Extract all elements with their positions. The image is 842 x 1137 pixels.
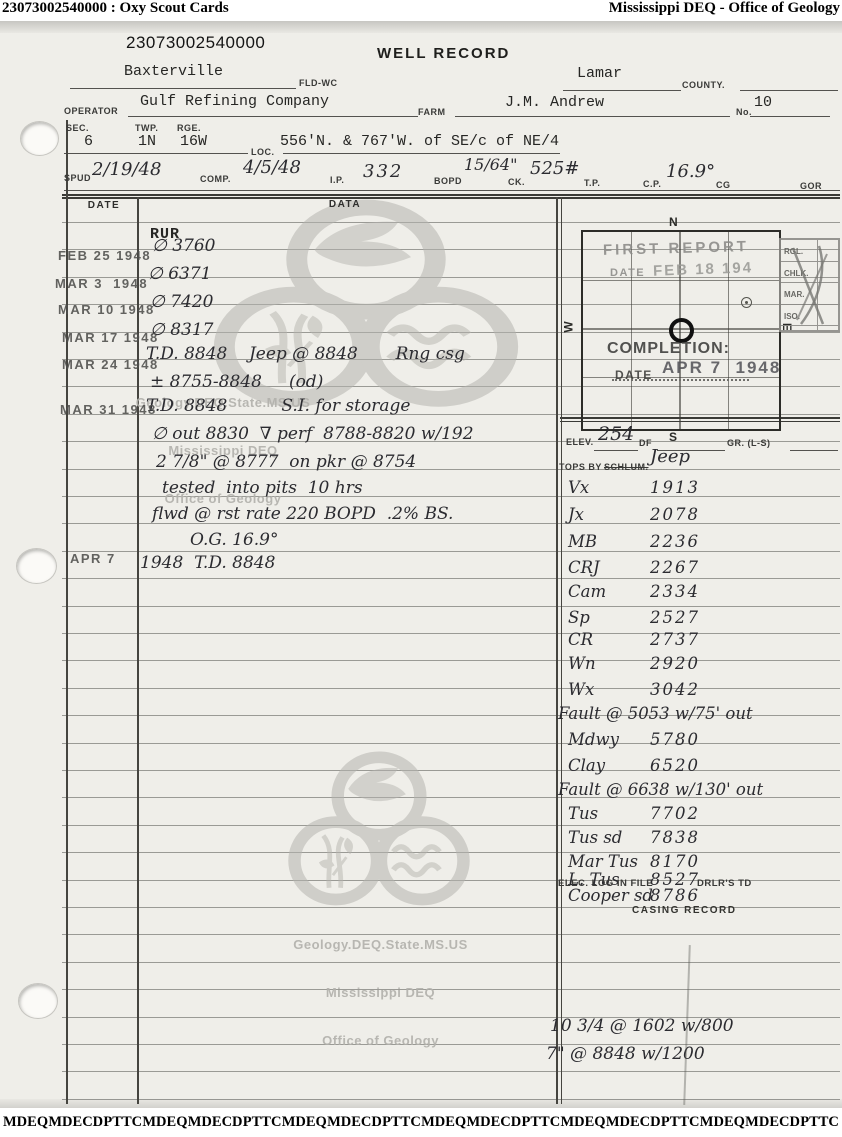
farm-label: FARM (418, 107, 446, 117)
ruled-line (62, 578, 840, 579)
ruled-line (62, 660, 840, 661)
gr-label: GR. (L-S) (727, 438, 771, 448)
log-entry-text: ∅ 8317 (150, 320, 213, 340)
ruled-line (62, 606, 840, 607)
viewer-header-right: Mississippi DEQ - Office of Geology (609, 0, 840, 17)
footer-token: MDEQ (142, 1114, 187, 1131)
reference-grid-checkmarks (781, 240, 838, 330)
casing-record-label: CASING RECORD (632, 905, 737, 916)
date-column-header: DATE (78, 200, 130, 211)
twp-label: TWP. (135, 123, 158, 133)
elevation-label: ELEV. (566, 437, 594, 447)
punch-hole (20, 121, 59, 156)
field-underline (563, 90, 681, 91)
footer-token: MDEQ (3, 1114, 48, 1131)
ruled-line (62, 1099, 840, 1100)
first-report-date-value: FEB 18 194 (653, 259, 754, 279)
formation-top-depth: 2236 (650, 532, 700, 551)
spud-label: SPUD (64, 173, 91, 183)
cg-label: CG (716, 180, 731, 190)
table-border (66, 120, 68, 1104)
comp-label: COMP. (200, 174, 231, 184)
elevation-value: 254 (598, 423, 634, 445)
footer-token: MDECD (48, 1114, 103, 1131)
field-name-value: Baxterville (124, 63, 223, 80)
card-title: WELL RECORD (377, 45, 510, 62)
plat-grid-line (631, 232, 632, 429)
well-no-label: No. (736, 107, 752, 117)
cp-label: C.P. (643, 179, 661, 189)
operator-label: OPERATOR (64, 106, 118, 116)
completion-stamp-title: COMPLETION: (607, 340, 730, 358)
formation-top-depth: 5780 (650, 730, 700, 749)
formation-top-depth: 3042 (650, 680, 700, 699)
operator-value: Gulf Refining Company (140, 93, 329, 110)
log-date-stamp: MAR 17 1948 (62, 330, 159, 345)
log-date-stamp: FEB 25 1948 (58, 248, 151, 263)
formation-top-name: MB (568, 532, 597, 551)
sec-value: 6 (84, 133, 93, 150)
loc-label: LOC. (251, 147, 275, 157)
formation-top-depth: 2078 (650, 505, 700, 524)
formation-top-name: Mdwy (568, 730, 619, 749)
formation-top-depth: 2267 (650, 558, 700, 577)
formation-top-name: Jx (568, 505, 584, 524)
formation-top-depth: 7838 (650, 828, 700, 847)
tops-by-struck-label: SCHLUM. (604, 462, 649, 472)
formation-top-depth: 1913 (650, 478, 700, 497)
footer-token: PTTC (243, 1114, 282, 1131)
log-entry-text: ± 8755-8848 (od) (150, 372, 323, 392)
spud-value: 2/19/48 (92, 159, 161, 180)
compass-north: N (669, 215, 678, 229)
field-underline (790, 450, 838, 451)
mdeq-three-rings-logo (283, 751, 475, 913)
reference-grid-stamp: RGL.CHLK.MAR.ISO. (779, 238, 840, 332)
formation-top-name: CRJ (568, 558, 600, 577)
formation-top-fault-note: Fault @ 5053 w/75' out (558, 704, 753, 723)
formation-top-name: Wx (568, 680, 594, 699)
field-underline (70, 88, 296, 89)
footer-token: MDEQ (421, 1114, 466, 1131)
well-api-number: 23073002540000 (126, 33, 265, 53)
footer-token: MDECD (466, 1114, 521, 1131)
scan-top-shadow (0, 21, 842, 33)
ip-label: I.P. (330, 175, 344, 185)
field-name-label: FLD-WC (299, 78, 338, 88)
field-underline (283, 153, 560, 154)
tp-label: T.P. (584, 178, 600, 188)
ruled-line (62, 688, 840, 689)
gor-label: GOR (800, 181, 822, 191)
footer-token: MDEQ (700, 1114, 745, 1131)
bopd-label: BOPD (434, 176, 462, 186)
double-rule (62, 194, 840, 196)
loc-value: 556'N. & 767'W. of SE/c of NE/4 (280, 133, 559, 150)
log-date-stamp: MAR 24 1948 (62, 357, 159, 372)
log-entry-text: T.D. 8848 S.I. for storage (146, 396, 410, 416)
field-underline (750, 116, 830, 117)
sec-label: SEC. (66, 123, 89, 133)
table-border (556, 197, 558, 1104)
compass-south: S (669, 430, 677, 444)
formation-top-name: Mar Tus (568, 852, 638, 871)
formation-top-depth: 2737 (650, 630, 700, 649)
log-entry-text: ∅ 3760 (152, 236, 215, 256)
field-underline (594, 450, 638, 451)
data-column-header: DATA (295, 199, 395, 210)
formation-top-depth: 2527 (650, 608, 700, 627)
ruled-line (62, 743, 840, 744)
footer-token: PTTC (382, 1114, 421, 1131)
offset-well-symbol-dot (745, 301, 748, 304)
log-entry-text: T.D. 8848 Jeep @ 8848 Rng csg (146, 344, 465, 364)
log-entry-text: ∅ out 8830 ∇ perf 8788-8820 w/192 (152, 424, 474, 444)
casing-record-line: 10 3/4 @ 1602 w/800 (550, 1016, 734, 1036)
elec-log-label: ELEC. LOG IN FILE (558, 878, 653, 889)
punch-hole (16, 548, 57, 584)
footer-token: PTTC (522, 1114, 561, 1131)
footer-token: PTTC (800, 1114, 839, 1131)
log-entry-text: 2 7/8" @ 8777 on pkr @ 8754 (156, 452, 416, 472)
ip-value: 332 (363, 161, 403, 182)
scanned-well-record: Geology.DEQ.State.MS.US Mississippi DEQ … (0, 21, 842, 1108)
drlrs-td-label: DRLR'S TD (697, 878, 752, 889)
ck-label: CK. (508, 177, 525, 187)
log-entry-text: flwd @ rst rate 220 BOPD .2% BS. (152, 504, 453, 524)
tops-by-label: TOPS BY (559, 462, 602, 472)
footer-token: PTTC (103, 1114, 142, 1131)
viewer-header-left: 23073002540000 : Oxy Scout Cards (2, 0, 229, 17)
well-no-value: 10 (754, 94, 772, 111)
twp-value: 1N (138, 133, 156, 150)
first-report-date-label: DATE (610, 267, 645, 279)
formation-top-name: Clay (568, 756, 605, 775)
log-date-stamp: MAR 10 1948 (58, 302, 155, 317)
formation-top-depth: 2920 (650, 654, 700, 673)
scan-bottom-shadow (0, 1099, 842, 1108)
farm-value: J.M. Andrew (505, 94, 604, 111)
footer-token: MDECD (188, 1114, 243, 1131)
rge-value: 16W (180, 133, 207, 150)
footer-token: MDEQ (560, 1114, 605, 1131)
log-entry-text: ∅ 6371 (148, 264, 211, 284)
field-underline (740, 90, 838, 91)
watermark-text-lower: Geology.DEQ.State.MS.US Mississippi DEQ … (278, 905, 483, 1081)
formation-top-name: Tus sd (568, 828, 622, 847)
log-date-stamp: MAR 3 1948 (55, 276, 148, 291)
mdeq-logo-watermark-lower (283, 751, 475, 918)
formation-top-name: Cam (568, 582, 606, 601)
plat-grid-line (583, 280, 779, 281)
tubing-pressure-value: 525# (530, 158, 579, 179)
county-value: Lamar (577, 65, 622, 82)
formation-top-name: Tus (568, 804, 598, 823)
log-entry-text: tested into pits 10 hrs (162, 478, 363, 498)
comp-value: 4/5/48 (243, 157, 301, 178)
viewer-footer: MDEQMDECDPTTCMDEQMDECDPTTCMDEQMDECDPTTCM… (0, 1108, 842, 1137)
formation-top-fault-note: Fault @ 6638 w/130' out (558, 780, 763, 799)
field-underline (64, 153, 248, 154)
county-label: COUNTY. (682, 80, 725, 90)
formation-top-depth: 6520 (650, 756, 700, 775)
rge-label: RGE. (177, 123, 201, 133)
punch-hole (18, 983, 58, 1019)
viewer-header: 23073002540000 : Oxy Scout Cards Mississ… (0, 0, 842, 21)
field-underline (64, 190, 840, 191)
footer-token-row: MDEQMDECDPTTCMDEQMDECDPTTCMDEQMDECDPTTCM… (0, 1108, 842, 1131)
formation-top-depth: 8786 (650, 886, 700, 905)
compass-west: W (562, 321, 576, 332)
formation-top-name: CR (568, 630, 593, 649)
footer-token: PTTC (661, 1114, 700, 1131)
formation-top-depth: 8170 (650, 852, 700, 871)
log-entry-text: ∅ 7420 (150, 292, 213, 312)
formation-top-name: Wn (568, 654, 596, 673)
gravity-value: 16.9° (666, 161, 715, 182)
footer-token: MDEQ (282, 1114, 327, 1131)
log-entry-text: 1948 T.D. 8848 (140, 553, 275, 573)
field-underline (455, 116, 730, 117)
table-border (561, 197, 563, 1104)
footer-token: MDECD (606, 1114, 661, 1131)
field-underline (128, 116, 418, 117)
log-date-stamp: MAR 31 1948 (60, 402, 157, 417)
footer-token: MDECD (327, 1114, 382, 1131)
log-date-stamp: APR 7 (70, 551, 116, 566)
ruled-line (62, 551, 840, 552)
formation-top-name: Sp (568, 608, 590, 627)
formation-top-name: Vx (568, 478, 589, 497)
formation-top-depth: 2334 (650, 582, 700, 601)
tops-by-value: Jeep (650, 446, 690, 467)
log-entry-text: O.G. 16.9° (190, 530, 278, 550)
viewer-page: 23073002540000 : Oxy Scout Cards Mississ… (0, 0, 842, 1137)
casing-record-line: 7" @ 8848 w/1200 (546, 1044, 705, 1064)
ruled-line (62, 633, 840, 634)
completion-date-rule (612, 379, 749, 381)
formation-top-depth: 7702 (650, 804, 700, 823)
completion-date-value: APR 7 1948 (662, 358, 781, 378)
choke-value: 15/64" (464, 155, 517, 174)
footer-token: MDECD (745, 1114, 800, 1131)
